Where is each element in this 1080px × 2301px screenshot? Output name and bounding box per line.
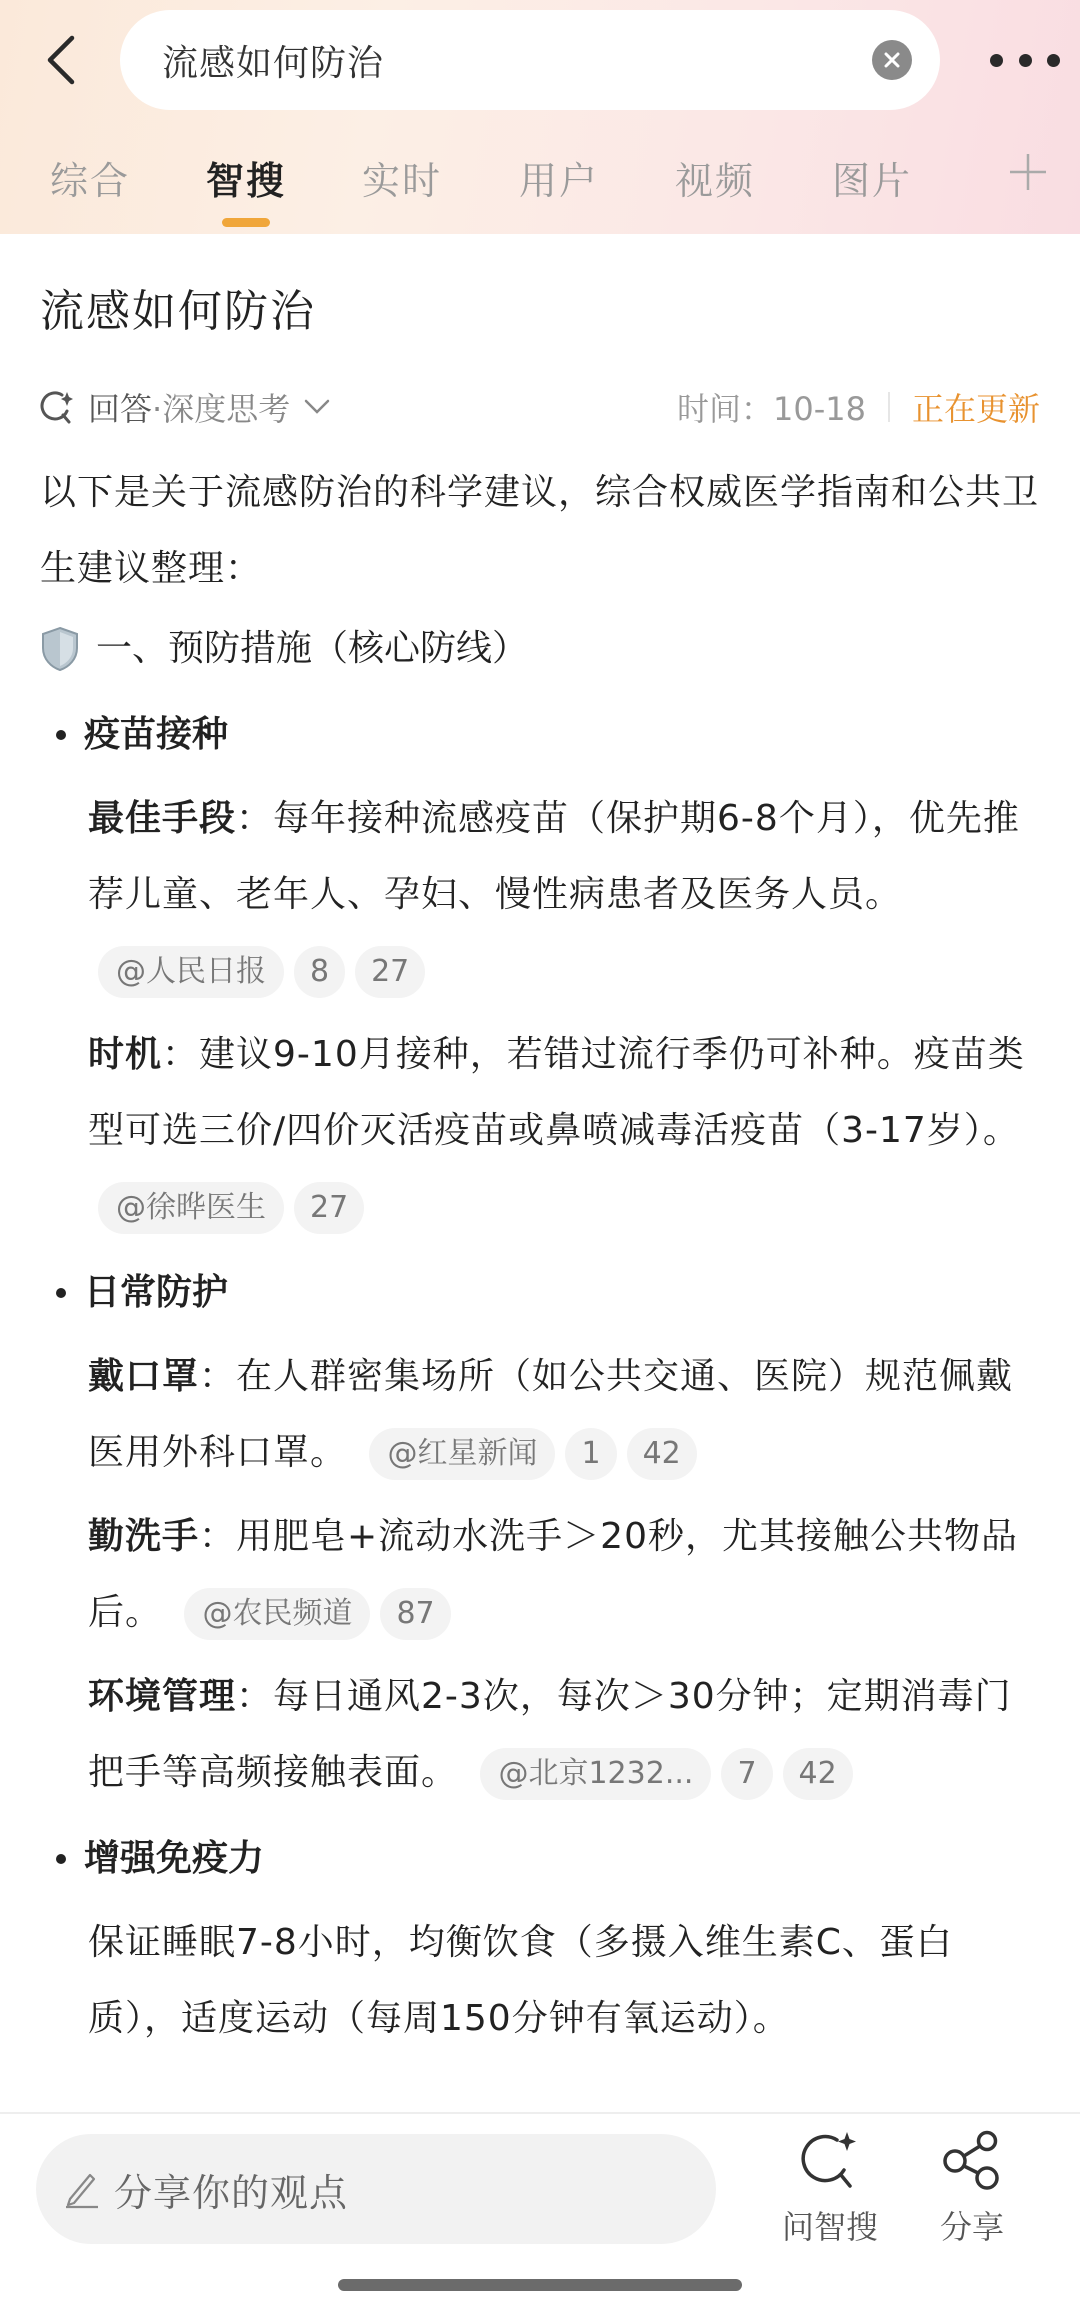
reference-chip[interactable]: 42 — [783, 1748, 853, 1800]
source-chip[interactable]: @人民日报 — [98, 946, 284, 998]
answer-mode-sub: ·深度思考 — [152, 384, 290, 430]
tab-images[interactable]: 图片 — [832, 150, 912, 205]
bullet-dot — [56, 1854, 66, 1864]
answer-mode-label: 回答 — [88, 384, 152, 430]
answer-content: 以下是关于流感防治的科学建议，综合权威医学指南和公共卫生建议整理： 一、预防措施… — [40, 455, 1040, 2057]
bullet-heading: 增强免疫力 — [40, 1821, 1040, 1897]
share-icon — [939, 2128, 1005, 2194]
source-chip[interactable]: @红星新闻 — [369, 1428, 555, 1480]
active-tab-indicator — [222, 218, 270, 227]
section-title: 一、预防措施（核心防线） — [96, 611, 528, 687]
comment-placeholder: 分享你的观点 — [114, 2162, 348, 2217]
bullet-title: 疫苗接种 — [84, 697, 228, 773]
item-key: 时机 — [88, 1034, 162, 1075]
list-item: 戴口罩：在人群密集场所（如公共交通、医院）规范佩戴医用外科口罩。 @红星新闻14… — [40, 1339, 1040, 1491]
reference-chip[interactable]: 1 — [565, 1428, 616, 1480]
item-text: ：建议9-10月接种，若错过流行季仍可补种。疫苗类型可选三价/四价灭活疫苗或鼻喷… — [88, 1034, 1025, 1151]
reference-chip[interactable]: 27 — [355, 946, 425, 998]
comment-input[interactable]: 分享你的观点 — [36, 2134, 716, 2244]
bullet-heading: 日常防护 — [40, 1255, 1040, 1331]
reference-chip[interactable]: 87 — [380, 1588, 450, 1640]
divider — [888, 392, 890, 422]
dot-icon — [990, 54, 1003, 67]
tab-users[interactable]: 用户 — [519, 150, 599, 205]
item-key: 勤洗手 — [88, 1516, 199, 1557]
tab-smart-search[interactable]: 智搜 — [206, 150, 286, 205]
list-item: 勤洗手：用肥皂+流动水洗手＞20秒，尤其接触公共物品后。 @农民频道87 — [40, 1499, 1040, 1651]
tab-realtime[interactable]: 实时 — [362, 150, 442, 205]
update-status: 正在更新 — [912, 384, 1040, 430]
bullet-dot — [56, 730, 66, 740]
reference-chip[interactable]: 42 — [627, 1428, 697, 1480]
source-chip[interactable]: @徐晔医生 — [98, 1182, 284, 1234]
bottom-action-bar: 分享你的观点 问智搜 分享 — [0, 2112, 1080, 2301]
item-key: 戴口罩 — [88, 1356, 199, 1397]
answer-time: 时间：10-18 — [677, 384, 866, 430]
source-chip[interactable]: @农民频道 — [184, 1588, 370, 1640]
more-options-button[interactable] — [990, 40, 1060, 80]
list-item: 最佳手段：每年接种流感疫苗（保护期6-8个月），优先推荐儿童、老年人、孕妇、慢性… — [40, 781, 1040, 1009]
plus-icon — [1008, 152, 1048, 192]
item-key: 最佳手段 — [88, 798, 236, 839]
item-key: 环境管理 — [88, 1676, 236, 1717]
smart-search-icon — [797, 2128, 863, 2194]
tab-video[interactable]: 视频 — [675, 150, 755, 205]
bullet-title: 日常防护 — [84, 1255, 228, 1331]
tab-comprehensive[interactable]: 综合 — [50, 150, 130, 205]
bullet-heading: 疫苗接种 — [40, 697, 1040, 773]
search-input[interactable]: 流感如何防治 — [120, 10, 940, 110]
close-icon — [883, 51, 901, 69]
answer-mode-selector[interactable]: 回答 ·深度思考 — [40, 382, 330, 432]
source-chip[interactable]: @北京1232... — [480, 1748, 711, 1800]
search-tabs: 综合 智搜 实时 用户 视频 图片 — [0, 140, 1080, 230]
smart-search-icon — [40, 389, 74, 425]
ask-label: 问智搜 — [782, 2202, 878, 2248]
dot-icon — [1047, 54, 1060, 67]
top-header: 流感如何防治 综合 智搜 实时 用户 视频 图片 — [0, 0, 1080, 234]
chevron-down-icon — [304, 399, 330, 415]
bullet-dot — [56, 1288, 66, 1298]
reference-chip[interactable]: 7 — [721, 1748, 772, 1800]
section-heading: 一、预防措施（核心防线） — [40, 611, 1040, 687]
shield-icon — [40, 626, 80, 672]
answer-time-status: 时间：10-18 正在更新 — [677, 382, 1040, 432]
reference-chip[interactable]: 8 — [294, 946, 345, 998]
list-item: 环境管理：每日通风2-3次，每次＞30分钟；定期消毒门把手等高频接触表面。 @北… — [40, 1659, 1040, 1811]
share-label: 分享 — [940, 2202, 1004, 2248]
home-indicator[interactable] — [338, 2279, 742, 2291]
reference-chip[interactable]: 27 — [294, 1182, 364, 1234]
answer-meta: 回答 ·深度思考 时间：10-18 正在更新 — [40, 382, 1040, 432]
ask-smart-search-button[interactable]: 问智搜 — [765, 2128, 895, 2258]
pencil-icon — [62, 2169, 102, 2209]
chevron-left-icon — [46, 34, 76, 86]
list-item: 时机：建议9-10月接种，若错过流行季仍可补种。疫苗类型可选三价/四价灭活疫苗或… — [40, 1017, 1040, 1245]
search-query-text: 流感如何防治 — [162, 35, 384, 86]
back-button[interactable] — [36, 28, 86, 92]
bullet-title: 增强免疫力 — [84, 1821, 264, 1897]
clear-search-button[interactable] — [872, 40, 912, 80]
share-button[interactable]: 分享 — [907, 2128, 1037, 2258]
add-tab-button[interactable] — [1008, 152, 1048, 192]
list-item: 保证睡眠7-8小时，均衡饮食（多摄入维生素C、蛋白质），适度运动（每周150分钟… — [40, 1905, 1040, 2057]
dot-icon — [1019, 54, 1032, 67]
answer-title: 流感如何防治 — [40, 275, 316, 339]
intro-paragraph: 以下是关于流感防治的科学建议，综合权威医学指南和公共卫生建议整理： — [40, 455, 1040, 607]
item-text: 保证睡眠7-8小时，均衡饮食（多摄入维生素C、蛋白质），适度运动（每周150分钟… — [88, 1922, 953, 2039]
